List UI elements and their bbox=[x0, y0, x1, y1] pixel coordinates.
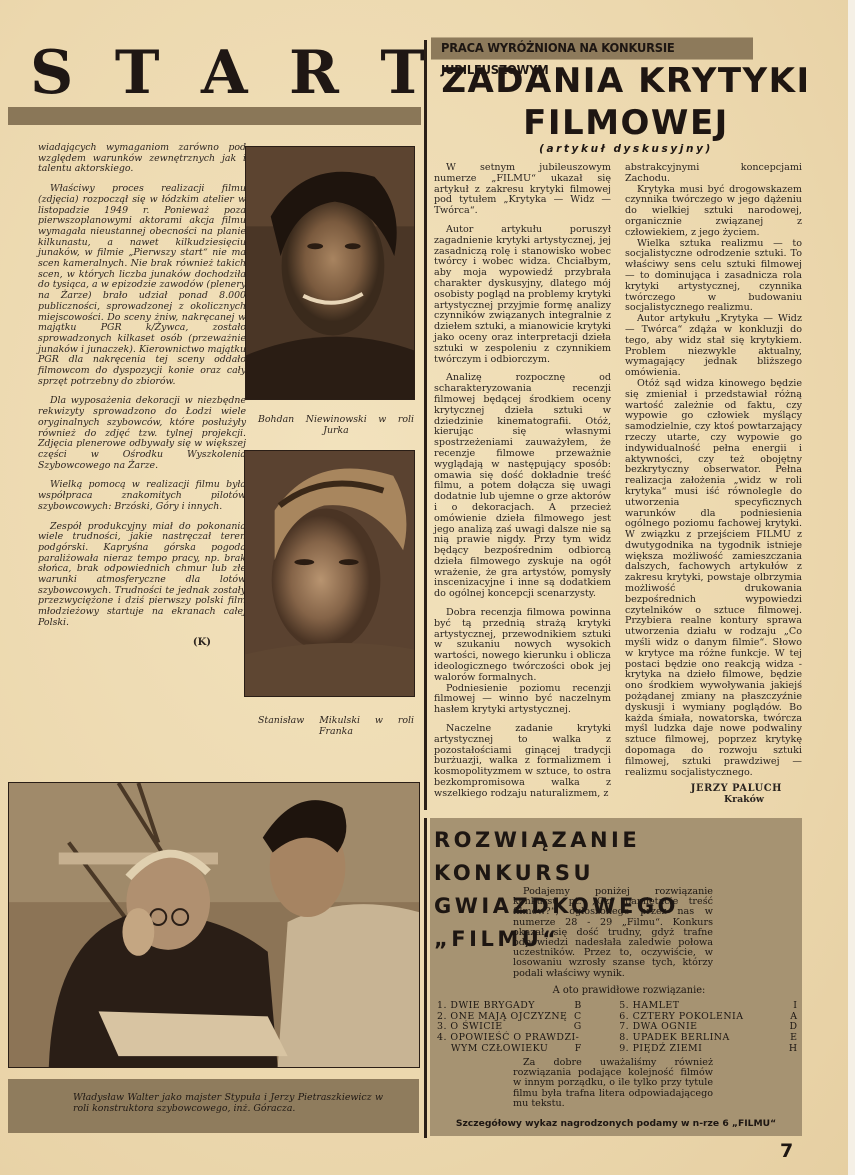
article-column-b: abstrakcyjnymi koncepcjami Zachodu. Kryt… bbox=[625, 163, 802, 806]
title-letter: A bbox=[201, 38, 248, 108]
paragraph: Naczelne zadanie krytyki artystycznej to… bbox=[434, 724, 611, 800]
portrait-photo-niewinowski bbox=[245, 146, 415, 400]
paragraph: Wielką pomocą w realizacji filmu była ws… bbox=[38, 480, 246, 512]
magazine-page: S T A R T wiadających wymaganiom zarówno… bbox=[0, 0, 855, 1175]
paragraph: Podniesienie poziomu recenzji filmowej —… bbox=[434, 684, 611, 716]
answer-letter: F bbox=[575, 1044, 582, 1055]
award-banner: PRACA WYRÓŻNIONA NA KONKURSIE JUBILEUSZO… bbox=[431, 37, 753, 59]
paragraph: W setnym jubileuszowym numerze „FILMU“ u… bbox=[434, 163, 611, 217]
contest-lead: A oto prawidłowe rozwiązanie: bbox=[430, 985, 802, 996]
article-signature: (K) bbox=[38, 638, 246, 649]
paragraph: Autor artykułu „Krytyka — Widz — Twórca“… bbox=[625, 314, 802, 379]
title-underline-bar bbox=[8, 107, 421, 125]
paragraph: Dobra recenzja filmowa powinna być tą pr… bbox=[434, 608, 611, 684]
article-column-a: W setnym jubileuszowym numerze „FILMU“ u… bbox=[434, 163, 611, 800]
photo-caption: Stanisław Mikulski w roli Franka bbox=[258, 715, 414, 737]
column-divider bbox=[424, 818, 427, 1138]
start-article-body: wiadających wymaganiom zarówno pod wzglę… bbox=[38, 143, 246, 648]
page-number: 7 bbox=[780, 1140, 793, 1162]
answer-title: 9. PIĘDŹ ZIEMI bbox=[619, 1044, 702, 1055]
author-city: Kraków bbox=[625, 795, 802, 806]
paragraph: Podajemy poniżej rozwiązanie konkursu pt… bbox=[513, 887, 713, 979]
paragraph: Za dobre uważaliśmy również rozwiązania … bbox=[513, 1058, 713, 1109]
title-line: FILMOWEJ bbox=[436, 102, 816, 144]
title-letter: S bbox=[30, 38, 73, 108]
paragraph: Właściwy proces realizacji filmu (zdjęci… bbox=[38, 184, 246, 387]
paragraph: Krytyka musi być drogowskazem czynnika t… bbox=[625, 185, 802, 239]
paragraph: Otóż sąd widza kinowego będzie się zmien… bbox=[625, 379, 802, 778]
photo-caption: Władysław Walter jako majster Stypuła i … bbox=[73, 1092, 383, 1114]
film-still-photo bbox=[8, 782, 420, 1068]
title-letter: T bbox=[115, 38, 160, 108]
paragraph: Wielka sztuka realizmu — to socjalistycz… bbox=[625, 239, 802, 315]
paragraph: wiadających wymaganiom zarówno pod wzglę… bbox=[38, 143, 246, 175]
contest-footer: Szczegółowy wykaz nagrodzonych podamy w … bbox=[430, 1118, 802, 1129]
answer-letter: H bbox=[789, 1044, 797, 1055]
answer-title: WYM CZŁOWIEKU bbox=[437, 1044, 548, 1055]
portrait-photo-mikulski bbox=[244, 450, 415, 697]
contest-intro: Podajemy poniżej rozwiązanie konkursu pt… bbox=[513, 887, 713, 979]
author-name: JERZY PALUCH bbox=[625, 782, 802, 795]
paragraph: Analizę rozpocznę od scharakteryzowania … bbox=[434, 373, 611, 600]
title-line: ZADANIA KRYTYKI bbox=[436, 60, 816, 102]
title-letter: T bbox=[380, 38, 425, 108]
answers-list: 1. DWIE BRYGADYB 5. HAMLETI 2. ONE MAJĄ … bbox=[437, 1001, 797, 1055]
start-title: S T A R T bbox=[30, 42, 425, 104]
page-edge bbox=[848, 0, 855, 1175]
photo-caption: Bohdan Niewinowski w roli Jurka bbox=[258, 414, 414, 436]
contest-outro: Za dobre uważaliśmy również rozwiązania … bbox=[513, 1058, 713, 1109]
column-divider bbox=[424, 40, 427, 810]
answer-row: WYM CZŁOWIEKUF 9. PIĘDŹ ZIEMIH bbox=[437, 1044, 797, 1055]
paragraph: abstrakcyjnymi koncepcjami Zachodu. bbox=[625, 163, 802, 185]
article-subtitle: (artykuł dyskusyjny) bbox=[436, 143, 816, 155]
article-title: ZADANIA KRYTYKI FILMOWEJ bbox=[436, 60, 816, 144]
paragraph: Dla wyposażenia dekoracji w niezbędne re… bbox=[38, 396, 246, 471]
paragraph: Zespół produkcyjny miał do pokonania wie… bbox=[38, 522, 246, 629]
title-letter: R bbox=[289, 38, 339, 108]
paragraph: Autor artykułu poruszył zagadnienie kryt… bbox=[434, 225, 611, 365]
title-line: ROZWIĄZANIE KONKURSU bbox=[434, 824, 800, 890]
